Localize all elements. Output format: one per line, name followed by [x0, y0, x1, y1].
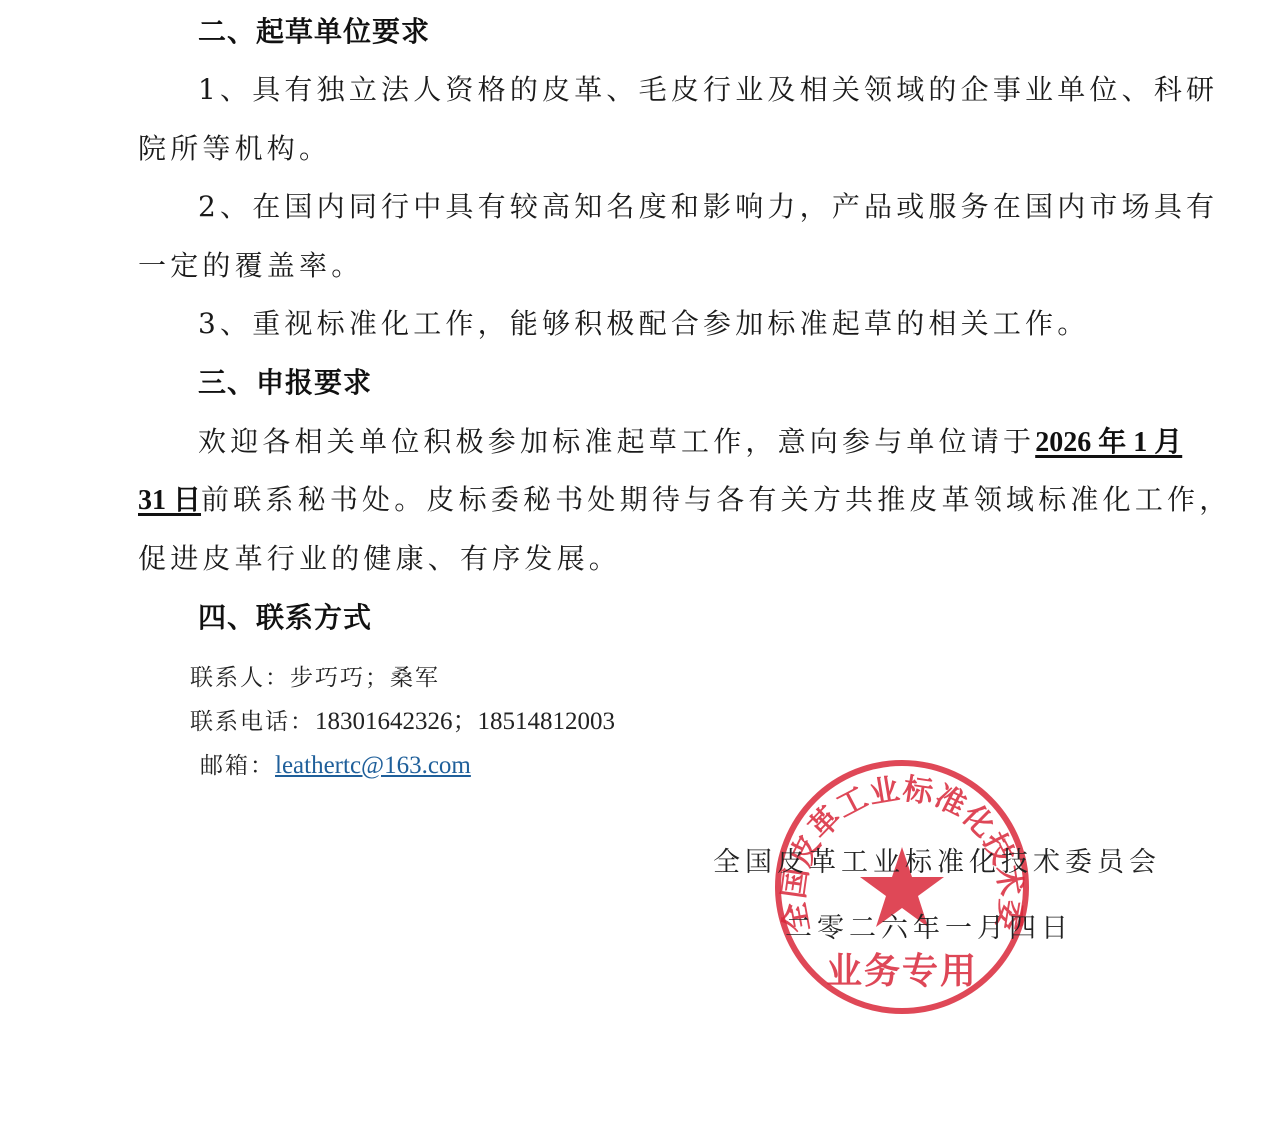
- contact-persons-row: 联系人：步巧巧；桑军: [190, 663, 440, 693]
- section-heading-application-requirements: 三、申报要求: [198, 365, 372, 401]
- application-text-suffix: 前联系秘书处。皮标委秘书处期待与各有关方共推皮革领域标准化工作，: [201, 483, 1231, 516]
- deadline-date-part-2: 31 日: [138, 485, 201, 516]
- seal-icon: 全国皮革工业标准化技术委员会 业务专用: [770, 755, 1035, 1020]
- section-heading-contact: 四、联系方式: [198, 600, 372, 636]
- section-heading-drafter-requirements: 二、起草单位要求: [198, 14, 430, 50]
- application-paragraph-line-3: 促进皮革行业的健康、有序发展。: [138, 541, 621, 577]
- contact-email-link[interactable]: leathertc@163.com: [275, 752, 471, 779]
- requirement-3: 3、重视标准化工作，能够积极配合参加标准起草的相关工作。: [198, 306, 1089, 342]
- requirement-1-line-2: 院所等机构。: [138, 131, 331, 167]
- contact-phones: 18301642326；18514812003: [315, 708, 615, 735]
- requirement-1-line-1: 1、具有独立法人资格的皮革、毛皮行业及相关领域的企事业单位、科研: [198, 72, 1218, 108]
- application-text-prefix: 欢迎各相关单位积极参加标准起草工作，意向参与单位请于: [198, 425, 1035, 458]
- official-seal-stamp: 全国皮革工业标准化技术委员会 业务专用: [770, 755, 1035, 1020]
- signature-date: 二零二六年一月四日: [785, 912, 1073, 946]
- contact-persons: 步巧巧；桑军: [290, 665, 440, 691]
- contact-person-label: 联系人：: [190, 665, 290, 691]
- contact-email-label: 邮箱：: [200, 753, 275, 779]
- contact-email-row: 邮箱：leathertc@163.com: [200, 751, 471, 781]
- requirement-2-line-1: 2、在国内同行中具有较高知名度和影响力，产品或服务在国内市场具有: [198, 189, 1218, 225]
- contact-phone-row: 联系电话：18301642326；18514812003: [190, 707, 615, 737]
- application-paragraph-line-2: 31 日前联系秘书处。皮标委秘书处期待与各有关方共推皮革领域标准化工作，: [138, 482, 1231, 519]
- signature-organization: 全国皮革工业标准化技术委员会: [713, 846, 1161, 880]
- contact-phone-label: 联系电话：: [190, 709, 315, 735]
- application-paragraph-line-1: 欢迎各相关单位积极参加标准起草工作，意向参与单位请于2026 年 1 月: [198, 424, 1182, 461]
- svg-text:业务专用: 业务专用: [826, 951, 978, 992]
- deadline-date-part-1: 2026 年 1 月: [1035, 427, 1182, 458]
- requirement-2-line-2: 一定的覆盖率。: [138, 248, 363, 284]
